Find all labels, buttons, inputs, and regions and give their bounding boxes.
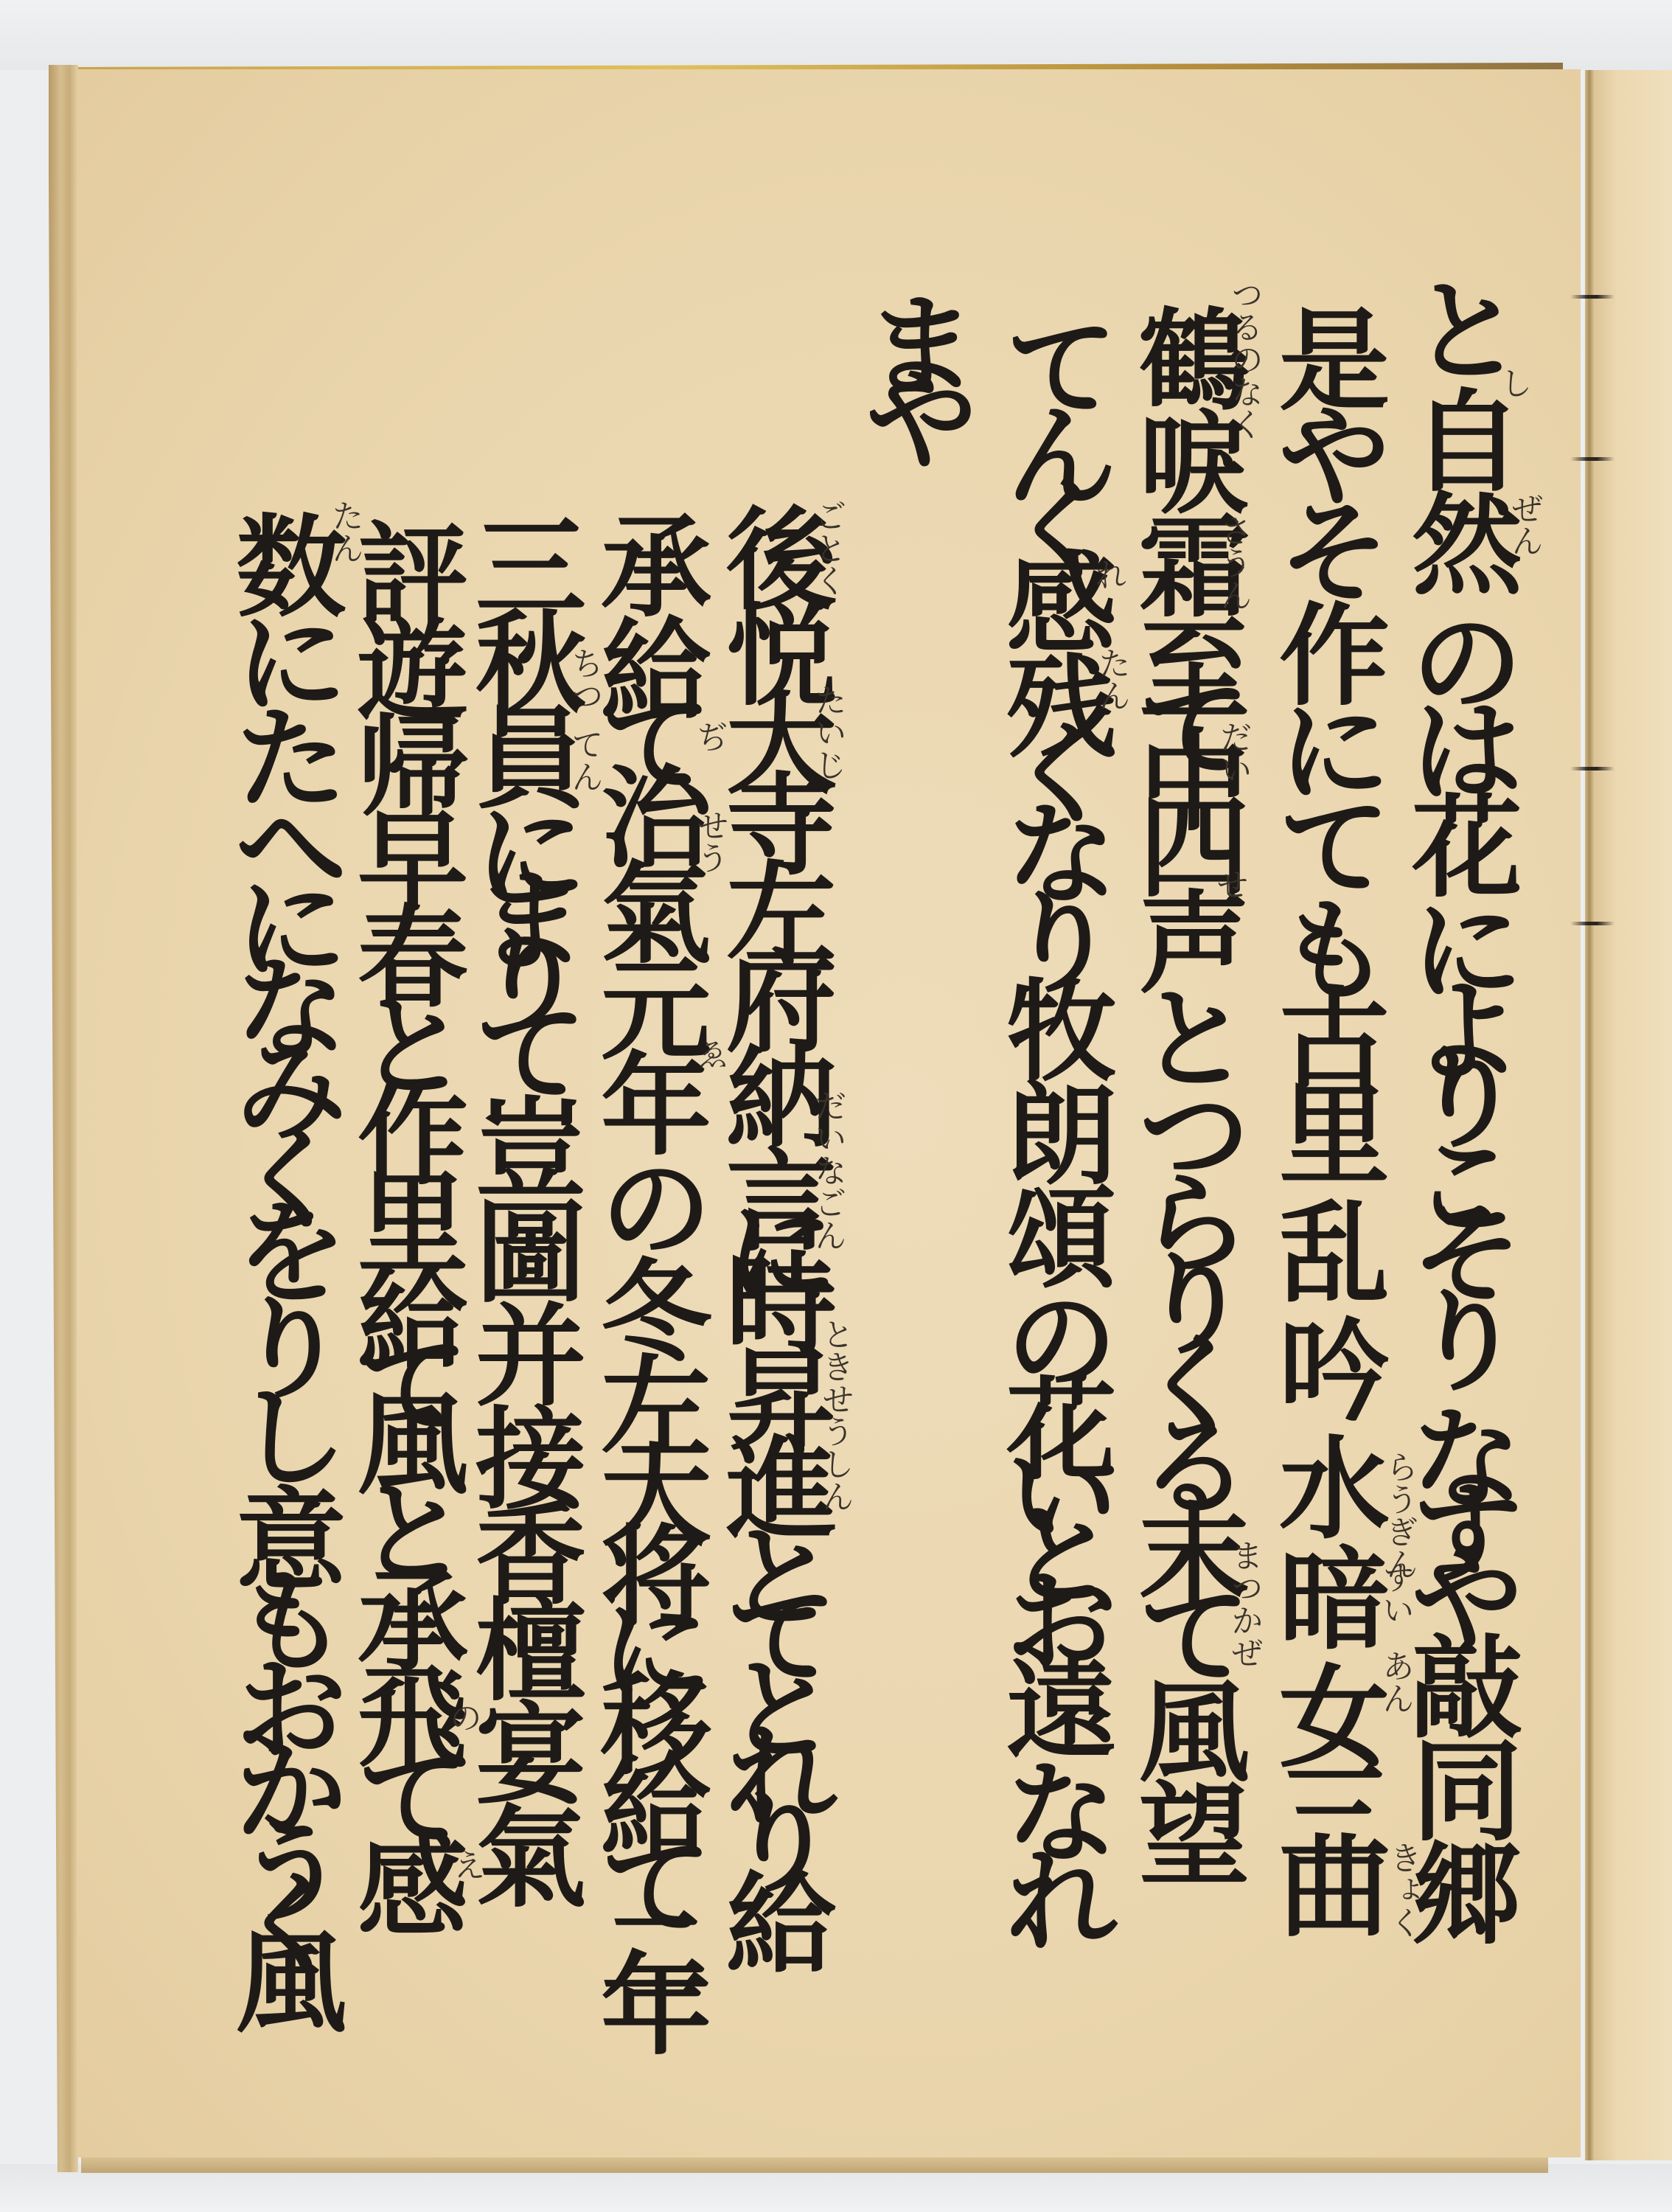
binding-thread [1570, 295, 1614, 299]
furigana-ruby: え [439, 1848, 483, 1881]
furigana-ruby: たいじ [800, 684, 844, 781]
text-column: 数にたへになみくをりし意もおかうく風 [217, 0, 365, 2212]
furigana-ruby: てん [557, 728, 601, 793]
furigana-ruby: たん [1084, 647, 1128, 712]
calligraphy-glyph: 里 [1261, 1080, 1408, 1191]
furigana-ruby: たん [317, 499, 361, 564]
calligraphy-glyph: れ [988, 1847, 1135, 1958]
text-column: まや [848, 0, 995, 2212]
furigana-ruby: ぢ [682, 720, 726, 753]
facing-page-edge [1594, 70, 1672, 2160]
calligraphy-glyph: や [848, 365, 995, 476]
furigana-ruby: ときせうしん [807, 1318, 851, 1512]
furigana-ruby: せう [682, 809, 726, 874]
calligraphy-glyph: 風 [217, 1928, 365, 2039]
furigana-ruby: の [435, 1701, 479, 1733]
furigana-ruby: だいなごん [800, 1089, 844, 1251]
furigana-ruby: ごとく [800, 499, 844, 597]
calligraphy-glyph: 年 [582, 1950, 730, 2061]
calligraphy-glyph: 望 [1121, 1781, 1268, 1891]
calligraphy-glyph: 乱 [1261, 1198, 1408, 1309]
furigana-ruby: せ [1202, 868, 1246, 900]
furigana-ruby: さうん [1205, 514, 1250, 611]
furigana-ruby: ぜん [1497, 492, 1541, 557]
furigana-ruby: れ [1080, 558, 1124, 591]
furigana-ruby: ちつ [557, 647, 601, 712]
calligraphy-glyph: 給 [708, 1869, 855, 1980]
text-column: てんく感残くなり牧朗頌の花いとお遠なれ [988, 0, 1135, 2212]
furigana-ruby: きょく [1375, 1841, 1419, 1938]
binding-thread [1570, 457, 1614, 461]
calligraphy-glyph: 吟 [1261, 1316, 1408, 1427]
furigana-ruby: し [1485, 366, 1530, 399]
binding-thread [1570, 767, 1614, 771]
book-gutter [1585, 70, 1594, 2160]
text-column: 承給て治氣元年の冬左大将に移給て二年 [582, 0, 730, 2212]
furigana-ruby: まつかぜ [1216, 1539, 1261, 1669]
furigana-ruby: ゑ [682, 1037, 726, 1070]
furigana-ruby: すい [1368, 1561, 1412, 1626]
furigana-ruby: だい [1205, 720, 1250, 785]
furigana-ruby: あん [1368, 1649, 1412, 1714]
binding-thread [1570, 922, 1614, 925]
page-stack-edge [49, 65, 78, 2172]
furigana-ruby: つるのなく [1216, 278, 1261, 440]
calligraphy-glyph: り [1393, 1287, 1541, 1397]
